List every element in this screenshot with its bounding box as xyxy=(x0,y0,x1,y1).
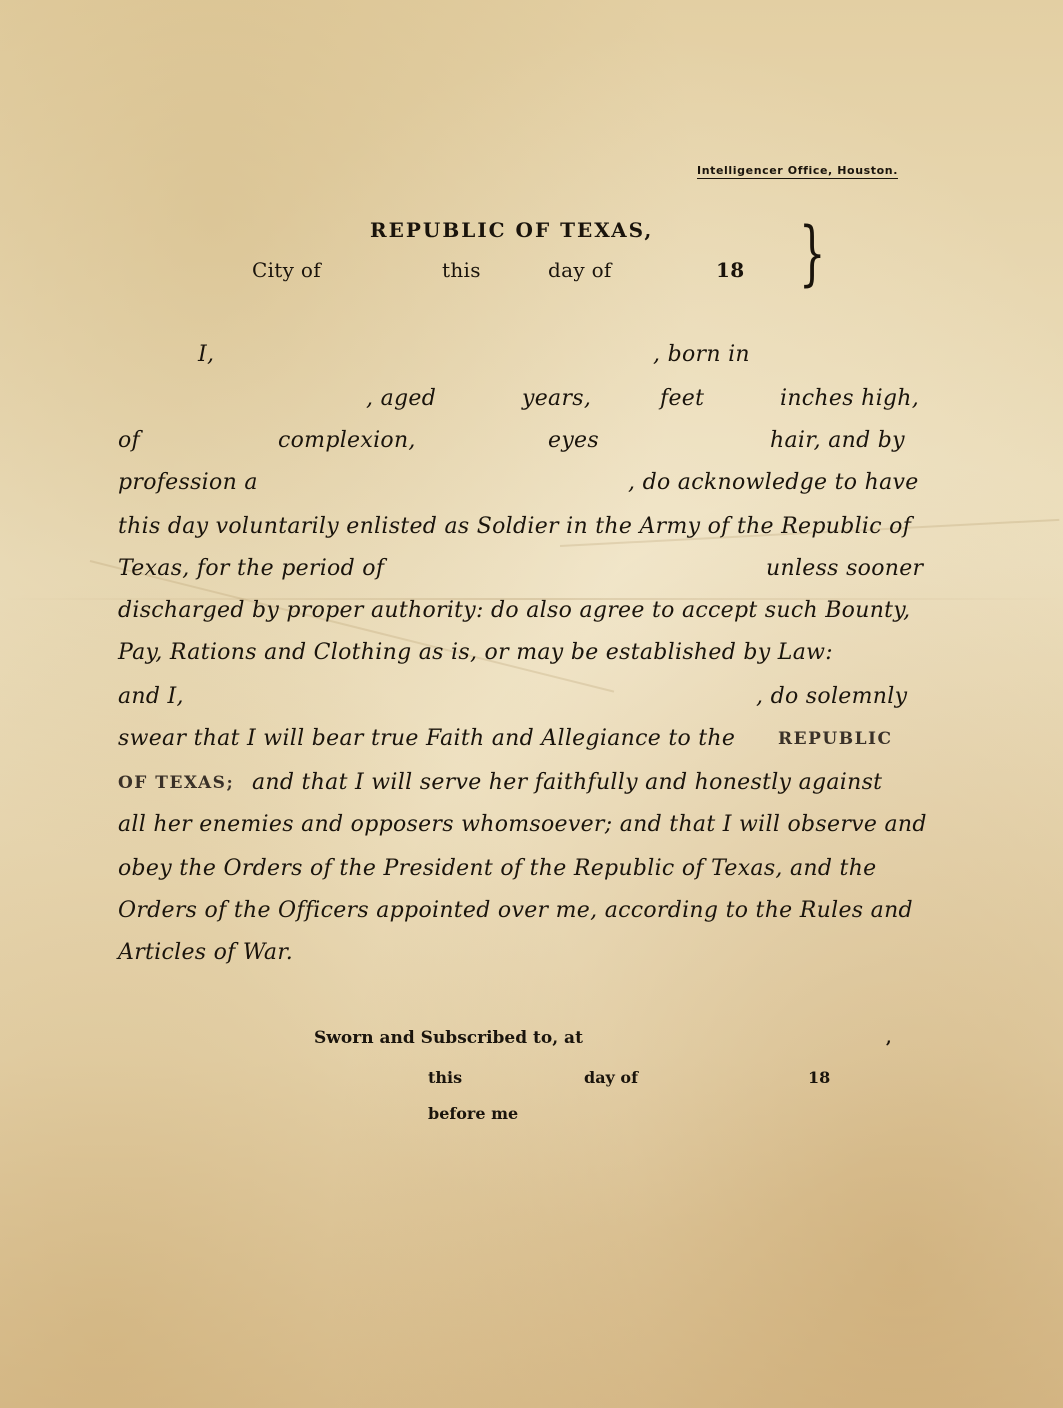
body-line-12-segment-1: all her enemies and opposers whomsoever;… xyxy=(118,812,927,837)
body-line-11-segment-2: and that I will serve her faithfully and… xyxy=(252,770,882,795)
this-label: this xyxy=(442,258,481,282)
city-of-label: City of xyxy=(252,258,321,282)
body-line-4-segment-2: , do acknowledge to have xyxy=(628,470,919,495)
printer-imprint: Intelligencer Office, Houston. xyxy=(697,164,898,179)
body-line-3-segment-4: hair, and by xyxy=(770,428,905,453)
oath-day-of-label: day of xyxy=(584,1068,638,1087)
body-line-2-segment-1: , aged xyxy=(366,386,436,411)
document-title: REPUBLIC OF TEXAS, xyxy=(370,218,653,242)
body-line-2-segment-3: feet xyxy=(660,386,704,411)
body-line-3-segment-2: complexion, xyxy=(278,428,416,453)
day-of-label: day of xyxy=(548,258,612,282)
body-line-3-segment-1: of xyxy=(118,428,140,453)
body-line-1-segment-1: I, xyxy=(198,342,214,367)
body-line-13-segment-1: obey the Orders of the President of the … xyxy=(118,856,877,881)
brace-glyph: } xyxy=(799,218,826,288)
body-line-9-segment-1: and I, xyxy=(118,684,184,709)
oath-this-label: this xyxy=(428,1068,462,1087)
body-line-14-segment-1: Orders of the Officers appointed over me… xyxy=(118,898,913,923)
before-me-label: before me xyxy=(428,1104,518,1123)
body-line-3-segment-3: eyes xyxy=(548,428,599,453)
body-line-10-segment-2: REPUBLIC xyxy=(778,729,893,749)
body-line-5-segment-1: this day voluntarily enlisted as Soldier… xyxy=(118,514,911,539)
oath-year-prefix: 18 xyxy=(808,1068,830,1087)
body-line-1-segment-2: , born in xyxy=(653,342,750,367)
body-line-10-segment-1: swear that I will bear true Faith and Al… xyxy=(118,726,735,751)
oath-comma: , xyxy=(886,1028,892,1047)
body-line-9-segment-2: , do solemnly xyxy=(756,684,907,709)
body-line-11-segment-1: OF TEXAS; xyxy=(118,773,234,793)
sworn-subscribed-label: Sworn and Subscribed to, at xyxy=(314,1028,583,1048)
body-line-7-segment-1: discharged by proper authority: do also … xyxy=(118,598,910,623)
year-prefix: 18 xyxy=(716,258,744,282)
body-line-2-segment-4: inches high, xyxy=(780,386,919,411)
body-line-6-segment-1: Texas, for the period of xyxy=(118,556,384,581)
body-line-4-segment-1: profession a xyxy=(118,470,258,495)
body-line-8-segment-1: Pay, Rations and Clothing as is, or may … xyxy=(118,640,833,665)
body-line-6-segment-2: unless sooner xyxy=(766,556,923,581)
body-line-2-segment-2: years, xyxy=(522,386,591,411)
body-line-15-segment-1: Articles of War. xyxy=(118,940,293,965)
